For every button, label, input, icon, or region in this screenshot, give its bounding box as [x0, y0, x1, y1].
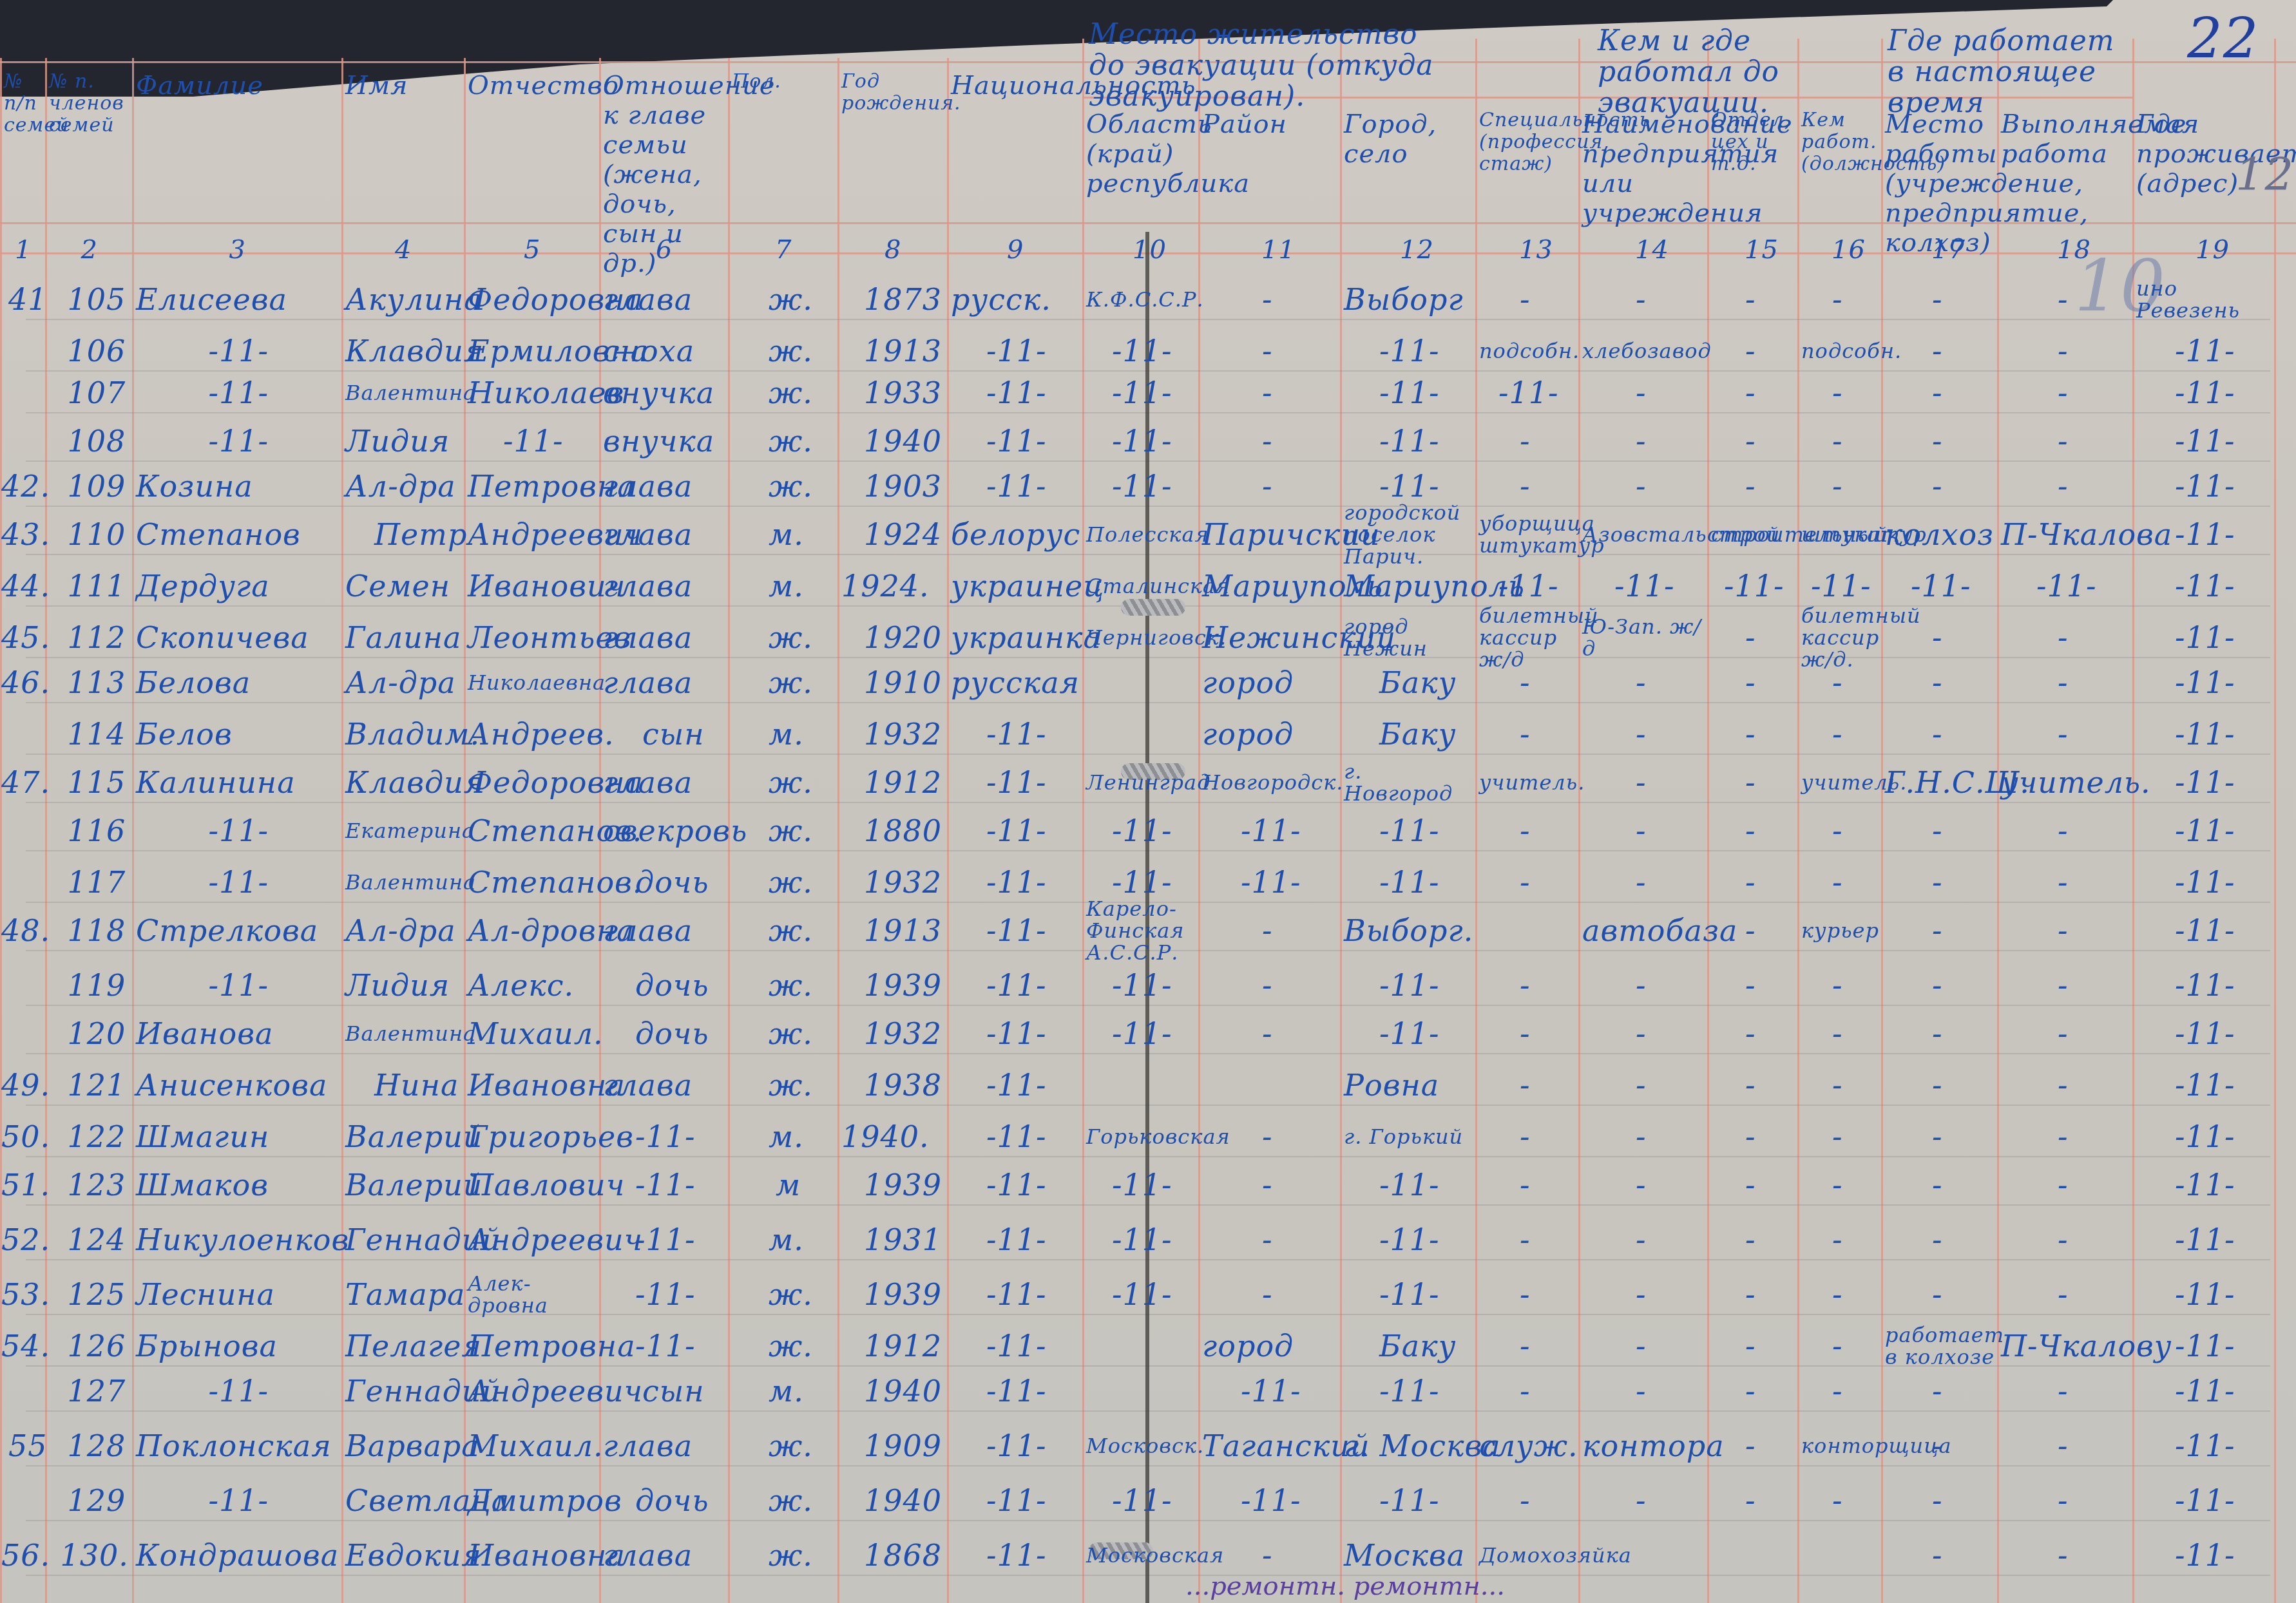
- cell-nationality: -11-: [986, 469, 1047, 504]
- cell-cur_place: -: [1932, 334, 1943, 368]
- cell-cur_work: -: [2058, 469, 2069, 504]
- cell-sex: м: [776, 1168, 801, 1202]
- cell-name: Валентина: [345, 871, 463, 893]
- underlying-page-fragment: ...ремонтн. ремонтн...: [1185, 1571, 1505, 1601]
- cell-oblast: Сталинская: [1086, 575, 1197, 597]
- cell-cur_place: -: [1932, 1428, 1943, 1463]
- cell-nationality: -11-: [986, 1222, 1047, 1257]
- cell-dept: -: [1745, 1483, 1756, 1518]
- cell-raion: город: [1202, 665, 1294, 700]
- cell-fam: 43.: [1, 517, 50, 552]
- cell-n: 125: [68, 1277, 126, 1312]
- cell-cur_work: -: [2058, 665, 2069, 700]
- cell-cur_work: -: [2058, 1119, 2069, 1154]
- cell-relation: дочь: [635, 1016, 709, 1051]
- cell-oblast: Горьковская: [1086, 1126, 1197, 1148]
- cell-year: 1940.: [841, 1119, 930, 1154]
- cell-dept: -: [1745, 813, 1756, 848]
- column-header-13: Специальность (профессия, стаж): [1479, 109, 1576, 175]
- cell-address: -11-: [2175, 424, 2235, 459]
- cell-patronymic: Дмитров: [468, 1483, 622, 1518]
- column-number-11: 11: [1261, 235, 1296, 265]
- cell-raion: -: [1262, 1016, 1273, 1051]
- cell-position: -: [1832, 1222, 1843, 1257]
- cell-relation: внучка: [603, 375, 714, 410]
- column-rule: [947, 58, 949, 1603]
- cell-city: Выборг: [1344, 282, 1464, 317]
- cell-cur_work: -: [2058, 1016, 2069, 1051]
- cell-surname: Леснина: [136, 1277, 275, 1312]
- column-rule: [837, 58, 839, 1603]
- binding-thread: [1121, 599, 1185, 616]
- cell-sex: м.: [769, 717, 804, 752]
- cell-surname: Белова: [136, 665, 251, 700]
- cell-spec: -11-: [1498, 375, 1559, 410]
- cell-enterprise: -11-: [1614, 569, 1675, 603]
- cell-cur_place: -: [1932, 865, 1943, 900]
- cell-year: 1868: [864, 1538, 942, 1573]
- cell-sex: м.: [769, 1119, 804, 1154]
- cell-patronymic: Андреевич: [468, 1222, 643, 1257]
- cell-sex: ж.: [769, 665, 813, 700]
- cell-n: 124: [68, 1222, 126, 1257]
- cell-year: 1913: [864, 334, 942, 368]
- cell-relation: -11-: [635, 1168, 696, 1202]
- cell-spec: -: [1520, 1016, 1531, 1051]
- cell-relation: -11-: [635, 1277, 696, 1312]
- cell-cur_work: учитель.: [2001, 765, 2151, 800]
- page-corner-mark: 12: [2235, 148, 2294, 201]
- cell-year: 1932: [864, 865, 942, 900]
- cell-nationality: -11-: [986, 1374, 1047, 1409]
- column-number-3: 3: [229, 235, 246, 265]
- cell-relation: дочь: [635, 1483, 709, 1518]
- cell-name: Екатерина: [345, 820, 463, 842]
- cell-cur_place: -: [1932, 375, 1943, 410]
- cell-spec: -: [1520, 813, 1531, 848]
- cell-enterprise: Азовстальстрой: [1582, 524, 1706, 545]
- cell-surname: Степанов: [136, 517, 301, 552]
- cell-raion: -: [1262, 334, 1273, 368]
- cell-relation: глава: [603, 913, 693, 948]
- cell-city: -11-: [1379, 968, 1440, 1003]
- cell-sex: ж.: [769, 968, 813, 1003]
- cell-relation: глава: [603, 665, 693, 700]
- cell-relation: -11-: [635, 1222, 696, 1257]
- cell-cur_place: -: [1932, 1538, 1943, 1573]
- cell-cur_place: -11-: [1911, 569, 1971, 603]
- cell-enterprise: -: [1636, 469, 1647, 504]
- cell-n: 126: [68, 1329, 126, 1363]
- cell-position: -: [1832, 1329, 1843, 1363]
- cell-enterprise: -: [1636, 717, 1647, 752]
- cell-address: -11-: [2175, 968, 2235, 1003]
- cell-year: 1932: [864, 717, 942, 752]
- cell-surname: Елисеева: [136, 282, 287, 317]
- cell-raion: -: [1262, 913, 1273, 948]
- cell-n: 119: [68, 968, 126, 1003]
- cell-enterprise: хлебозавод: [1582, 340, 1706, 362]
- cell-sex: ж.: [769, 620, 813, 655]
- cell-dept: -: [1745, 1374, 1756, 1409]
- cell-year: 1913: [864, 913, 942, 948]
- column-rule: [1475, 39, 1477, 1603]
- cell-name: Лидия: [345, 424, 450, 459]
- cell-nationality: украинка: [951, 620, 1102, 655]
- column-rule: [0, 58, 2, 1603]
- cell-name: Акулина: [345, 282, 483, 317]
- column-rule: [1707, 39, 1709, 1603]
- cell-position: штукатур: [1801, 524, 1880, 545]
- cell-position: -: [1832, 469, 1843, 504]
- cell-n: 116: [68, 813, 126, 848]
- cell-address: -11-: [2175, 813, 2235, 848]
- cell-oblast: Московская: [1086, 1544, 1197, 1566]
- cell-oblast: -11-: [1112, 1483, 1172, 1518]
- cell-surname: Шмагин: [136, 1119, 269, 1154]
- cell-sex: ж.: [769, 334, 813, 368]
- cell-cur_place: -: [1932, 1119, 1943, 1154]
- cell-spec: -11-: [1498, 569, 1559, 603]
- column-header-16: Кем работ. (должность): [1801, 109, 1879, 175]
- cell-year: 1931: [864, 1222, 942, 1257]
- cell-position: -: [1832, 1168, 1843, 1202]
- cell-relation: глава: [603, 517, 693, 552]
- column-rule: [341, 58, 343, 1603]
- cell-name: Семен: [345, 569, 450, 603]
- cell-fam: 41: [8, 282, 48, 317]
- cell-spec: -: [1520, 968, 1531, 1003]
- cell-enterprise: -: [1636, 813, 1647, 848]
- cell-enterprise: -: [1636, 1016, 1647, 1051]
- cell-oblast: -11-: [1112, 334, 1172, 368]
- column-header-10: Область (край) республика: [1086, 109, 1196, 198]
- cell-cur_work: -: [2058, 1538, 2069, 1573]
- cell-cur_place: колхоз: [1885, 517, 1994, 552]
- cell-nationality: -11-: [986, 334, 1047, 368]
- column-rule: [1578, 39, 1580, 1603]
- cell-cur_place: работает в колхозе: [1885, 1324, 1996, 1368]
- cell-spec: -: [1520, 1168, 1531, 1202]
- cell-dept: -: [1745, 1329, 1756, 1363]
- cell-cur_place: -: [1932, 1374, 1943, 1409]
- cell-oblast: Полесская: [1086, 524, 1197, 545]
- cell-surname: Кондрашова: [136, 1538, 339, 1573]
- cell-oblast: Московск.: [1086, 1435, 1197, 1457]
- cell-position: подсобн.: [1801, 340, 1880, 362]
- cell-city: -11-: [1379, 1277, 1440, 1312]
- cell-raion: -11-: [1241, 1483, 1301, 1518]
- cell-n: 128: [68, 1428, 126, 1463]
- cell-patronymic: Ивановна: [468, 1068, 626, 1103]
- cell-dept: -11-: [1724, 569, 1784, 603]
- cell-city: городской поселок Парич.: [1344, 502, 1474, 567]
- cell-city: -11-: [1379, 1374, 1440, 1409]
- cell-address: -11-: [2175, 469, 2235, 504]
- cell-surname: -11-: [209, 968, 269, 1003]
- cell-enterprise: -: [1636, 665, 1647, 700]
- cell-dept: -: [1745, 469, 1756, 504]
- cell-nationality: -11-: [986, 1538, 1047, 1573]
- cell-nationality: -11-: [986, 765, 1047, 800]
- column-header-5: Отчество: [468, 71, 597, 100]
- cell-raion: -: [1262, 1119, 1273, 1154]
- column-number-15: 15: [1745, 235, 1779, 265]
- cell-n: 120: [68, 1016, 126, 1051]
- cell-n: 110: [68, 517, 126, 552]
- cell-cur_place: -: [1932, 717, 1943, 752]
- cell-cur_work: -: [2058, 1168, 2069, 1202]
- column-number-19: 19: [2196, 235, 2230, 265]
- cell-position: -: [1832, 282, 1843, 317]
- cell-n: 106: [68, 334, 126, 368]
- column-number-17: 17: [1931, 235, 1966, 265]
- cell-fam: 54.: [1, 1329, 50, 1363]
- cell-cur_place: -: [1932, 1483, 1943, 1518]
- cell-address: -11-: [2175, 517, 2235, 552]
- cell-nationality: -11-: [986, 913, 1047, 948]
- cell-position: -: [1832, 375, 1843, 410]
- cell-n: 129: [68, 1483, 126, 1518]
- column-header-14: Наименование предприятия или учреждения: [1582, 109, 1705, 228]
- cell-surname: -11-: [209, 1483, 269, 1518]
- cell-cur_place: -: [1932, 469, 1943, 504]
- cell-enterprise: -: [1636, 865, 1647, 900]
- cell-sex: ж.: [769, 375, 813, 410]
- cell-patronymic: Николаев: [468, 375, 625, 410]
- cell-name: Галина: [345, 620, 462, 655]
- cell-spec: -: [1520, 282, 1531, 317]
- column-number-8: 8: [885, 235, 901, 265]
- cell-name: Владим.: [345, 717, 480, 752]
- cell-dept: -: [1745, 424, 1756, 459]
- cell-nationality: -11-: [986, 813, 1047, 848]
- cell-position: -: [1832, 1374, 1843, 1409]
- column-header-2: № п. членов семей: [49, 71, 129, 137]
- cell-address: -11-: [2175, 1016, 2235, 1051]
- column-rule: [1997, 39, 1999, 1603]
- cell-enterprise: -: [1636, 1483, 1647, 1518]
- cell-city: Ровна: [1344, 1068, 1439, 1103]
- cell-cur_work: -: [2058, 1222, 2069, 1257]
- cell-nationality: -11-: [986, 717, 1047, 752]
- cell-fam: 47.: [1, 765, 50, 800]
- cell-city: -11-: [1379, 334, 1440, 368]
- cell-dept: -: [1745, 1277, 1756, 1312]
- column-number-4: 4: [395, 235, 412, 265]
- cell-sex: ж.: [769, 1538, 813, 1573]
- cell-patronymic: Григорьев: [468, 1119, 634, 1154]
- cell-city: Москва: [1344, 1538, 1465, 1573]
- cell-enterprise: -: [1636, 282, 1647, 317]
- cell-address: ино Ревезень: [2136, 278, 2273, 321]
- cell-sex: ж.: [769, 1277, 813, 1312]
- cell-dept: -: [1745, 375, 1756, 410]
- cell-city: -11-: [1379, 1483, 1440, 1518]
- cell-surname: Никулоенков: [136, 1222, 349, 1257]
- cell-surname: Дердуга: [136, 569, 270, 603]
- cell-spec: -: [1520, 865, 1531, 900]
- cell-oblast: -11-: [1112, 1016, 1172, 1051]
- cell-spec: -: [1520, 1374, 1531, 1409]
- cell-address: -11-: [2175, 1277, 2235, 1312]
- cell-cur_work: -: [2058, 282, 2069, 317]
- cell-cur_work: -: [2058, 424, 2069, 459]
- cell-fam: 55: [8, 1428, 48, 1463]
- column-rule: [1881, 39, 1883, 1603]
- cell-n: 127: [68, 1374, 126, 1409]
- cell-spec: -: [1520, 717, 1531, 752]
- cell-oblast: -11-: [1112, 865, 1172, 900]
- cell-nationality: -11-: [986, 968, 1047, 1003]
- cell-position: конторщица: [1801, 1435, 1880, 1457]
- cell-fam: 45.: [1, 620, 50, 655]
- cell-spec: -: [1520, 469, 1531, 504]
- cell-cur_work: -: [2058, 1483, 2069, 1518]
- cell-patronymic: Михаил.: [468, 1016, 604, 1051]
- column-header-8: Год рождения.: [841, 71, 944, 115]
- cell-cur_work: -: [2058, 375, 2069, 410]
- cell-name: Петр: [374, 517, 467, 552]
- cell-enterprise: -: [1636, 1119, 1647, 1154]
- cell-city: г. Москва: [1344, 1428, 1501, 1463]
- cell-position: -: [1832, 968, 1843, 1003]
- cell-spec: учитель.: [1479, 772, 1577, 793]
- cell-enterprise: -: [1636, 1374, 1647, 1409]
- cell-n: 114: [68, 717, 126, 752]
- cell-position: учитель.: [1801, 772, 1880, 793]
- column-header-1: № п/п семей: [4, 71, 43, 137]
- cell-relation: дочь: [635, 865, 709, 900]
- column-number-12: 12: [1400, 235, 1434, 265]
- cell-dept: -: [1745, 913, 1756, 948]
- cell-surname: Стрелкова: [136, 913, 318, 948]
- cell-city: Выборг.: [1344, 913, 1473, 948]
- cell-cur_work: П-Чкалова: [2001, 517, 2172, 552]
- cell-oblast: -11-: [1112, 968, 1172, 1003]
- cell-year: 1940: [864, 1374, 942, 1409]
- cell-relation: внучка: [603, 424, 714, 459]
- cell-oblast: -11-: [1112, 813, 1172, 848]
- cell-year: 1912: [864, 765, 942, 800]
- cell-nationality: русск.: [951, 282, 1051, 317]
- cell-sex: ж.: [769, 1483, 813, 1518]
- cell-address: -11-: [2175, 334, 2235, 368]
- cell-oblast: Ленинград: [1086, 772, 1197, 793]
- cell-sex: ж.: [769, 469, 813, 504]
- cell-address: -11-: [2175, 665, 2235, 700]
- cell-year: 1909: [864, 1428, 942, 1463]
- cell-relation: сын: [642, 717, 705, 752]
- cell-city: г. Горький: [1344, 1126, 1474, 1148]
- cell-surname: Иванова: [136, 1016, 274, 1051]
- cell-relation: глава: [603, 1428, 693, 1463]
- cell-raion: -: [1262, 968, 1273, 1003]
- cell-spec: Домохозяйка: [1479, 1544, 1577, 1566]
- cell-cur_work: -: [2058, 620, 2069, 655]
- column-number-14: 14: [1635, 235, 1669, 265]
- cell-name: Евдокия: [345, 1538, 482, 1573]
- cell-address: -11-: [2175, 765, 2235, 800]
- cell-raion: -: [1262, 424, 1273, 459]
- cell-fam: 51.: [1, 1168, 50, 1202]
- cell-spec: служ.: [1479, 1428, 1578, 1463]
- cell-cur_place: -: [1932, 1277, 1943, 1312]
- cell-year: 1924: [864, 517, 942, 552]
- cell-position: -: [1832, 665, 1843, 700]
- cell-cur_place: -: [1932, 1168, 1943, 1202]
- cell-spec: -: [1520, 1483, 1531, 1518]
- cell-surname: Белов: [136, 717, 233, 752]
- cell-dept: -: [1745, 620, 1756, 655]
- cell-city: -11-: [1379, 1016, 1440, 1051]
- cell-position: -: [1832, 1068, 1843, 1103]
- cell-fam: 42.: [1, 469, 50, 504]
- cell-cur_place: -: [1932, 913, 1943, 948]
- cell-sex: ж.: [769, 765, 813, 800]
- page-number: 22: [2187, 6, 2259, 71]
- cell-nationality: -11-: [986, 1119, 1047, 1154]
- column-rule: [1797, 39, 1799, 1603]
- cell-enterprise: -: [1636, 424, 1647, 459]
- cell-name: Клавдия: [345, 765, 484, 800]
- cell-nationality: -11-: [986, 1483, 1047, 1518]
- cell-nationality: -11-: [986, 424, 1047, 459]
- cell-dept: -: [1745, 334, 1756, 368]
- cell-enterprise: контора: [1582, 1428, 1725, 1463]
- column-rule: [132, 58, 134, 1603]
- cell-year: 1880: [864, 813, 942, 848]
- cell-patronymic: Павлович: [468, 1168, 625, 1202]
- column-header-12: Город, село: [1344, 109, 1473, 169]
- column-number-1: 1: [15, 235, 32, 265]
- cell-patronymic: Михаил.: [468, 1428, 604, 1463]
- cell-cur_place: -: [1932, 1068, 1943, 1103]
- cell-fam: 53.: [1, 1277, 50, 1312]
- cell-relation: глава: [603, 282, 693, 317]
- cell-dept: -: [1745, 1119, 1756, 1154]
- cell-name: Пелагея: [345, 1329, 482, 1363]
- cell-relation: глава: [603, 569, 693, 603]
- cell-fam: 44.: [1, 569, 50, 603]
- cell-cur_work: -: [2058, 1374, 2069, 1409]
- cell-relation: дочь: [635, 968, 709, 1003]
- cell-cur_work: -: [2058, 1428, 2069, 1463]
- cell-position: -: [1832, 1483, 1843, 1518]
- cell-nationality: украинец: [951, 569, 1104, 603]
- cell-city: Баку: [1379, 1329, 1456, 1363]
- column-header-15: Отдел, цех и т.д.: [1711, 109, 1795, 175]
- cell-address: -11-: [2175, 1329, 2235, 1363]
- cell-cur_work: П-Чкалову: [2001, 1329, 2172, 1363]
- cell-n: 111: [68, 569, 126, 603]
- cell-sex: ж.: [769, 1428, 813, 1463]
- cell-n: 109: [68, 469, 126, 504]
- cell-position: -: [1832, 1016, 1843, 1051]
- cell-address: -11-: [2175, 717, 2235, 752]
- cell-surname: Скопичева: [136, 620, 309, 655]
- cell-n: 108: [68, 424, 126, 459]
- cell-oblast: -11-: [1112, 375, 1172, 410]
- cell-city: Баку: [1379, 665, 1456, 700]
- cell-name: Ал-дра: [345, 913, 456, 948]
- cell-patronymic: -11-: [503, 424, 564, 459]
- cell-relation: глава: [603, 620, 693, 655]
- cell-address: -11-: [2175, 1483, 2235, 1518]
- cell-dept: -: [1745, 1068, 1756, 1103]
- cell-city: Баку: [1379, 717, 1456, 752]
- cell-oblast: К.Ф.С.С.Р.: [1086, 289, 1197, 310]
